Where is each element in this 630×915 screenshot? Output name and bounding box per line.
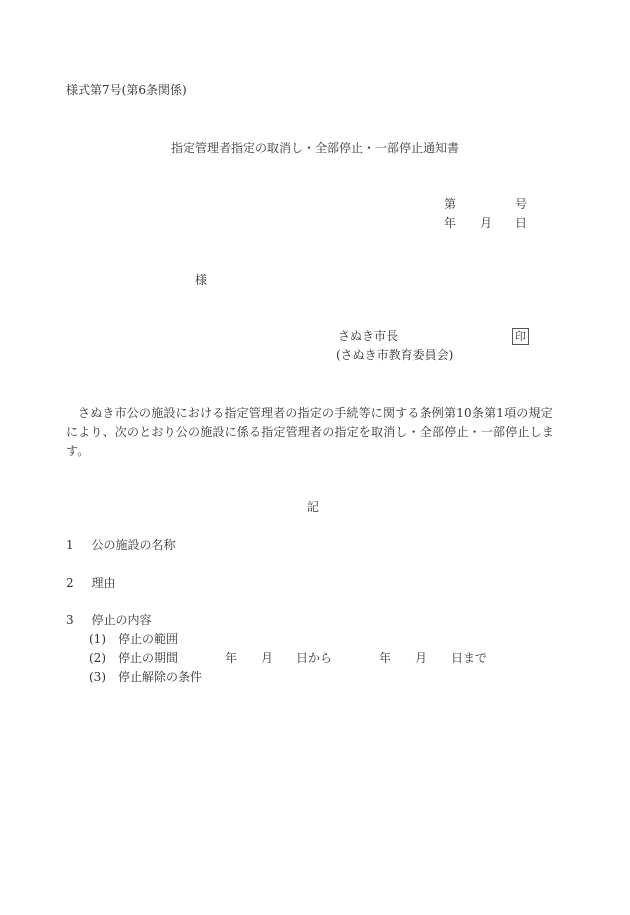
ref-month: 月 xyxy=(480,217,492,229)
body-text: さぬき市公の施設における指定管理者の指定の手続等に関する条例第10条第1項の規定… xyxy=(66,406,554,458)
period-from-day: 日から xyxy=(296,652,332,664)
sender-alternate: (さぬき市教育委員会) xyxy=(336,349,453,361)
ki-heading: 記 xyxy=(307,501,319,513)
subitem-label: 停止の期間 xyxy=(118,652,178,664)
item-1: 1 公の施設の名称 xyxy=(66,539,175,551)
addressee-suffix: 様 xyxy=(195,274,207,286)
form-number: 様式第7号(第6条関係) xyxy=(66,84,187,96)
period-from-month: 月 xyxy=(261,652,273,664)
ref-number-suffix: 号 xyxy=(515,198,527,210)
sender-name: さぬき市長 xyxy=(338,330,398,342)
subitem-3: (3) 停止解除の条件 xyxy=(89,671,106,683)
subitem-number: (2) xyxy=(89,651,106,665)
subitem-number: (3) xyxy=(89,670,106,684)
document-title: 指定管理者指定の取消し・全部停止・一部停止通知書 xyxy=(171,142,459,154)
seal-icon: 印 xyxy=(512,328,529,345)
item-number: 1 xyxy=(66,538,74,552)
ref-day: 日 xyxy=(515,217,527,229)
subitem-2: (2) 停止の期間 年 月 日から 年 月 日まで xyxy=(89,652,509,664)
subitem-1: (1) 停止の範囲 xyxy=(89,633,106,645)
item-2: 2 理由 xyxy=(66,577,115,589)
ref-year: 年 xyxy=(444,217,456,229)
item-number: 3 xyxy=(66,613,74,627)
item-label: 理由 xyxy=(91,576,115,590)
item-3: 3 停止の内容 xyxy=(66,614,151,626)
subitem-label: 停止の範囲 xyxy=(118,633,178,645)
period-from-year: 年 xyxy=(225,652,237,664)
subitem-number: (1) xyxy=(89,632,106,646)
subitem-label: 停止解除の条件 xyxy=(118,671,202,683)
ref-number-prefix: 第 xyxy=(444,198,456,210)
item-label: 停止の内容 xyxy=(91,613,151,627)
body-paragraph: さぬき市公の施設における指定管理者の指定の手続等に関する条例第10条第1項の規定… xyxy=(66,404,562,461)
item-number: 2 xyxy=(66,576,74,590)
period-to-year: 年 xyxy=(379,652,391,664)
period-to-day: 日まで xyxy=(451,652,487,664)
period-to-month: 月 xyxy=(415,652,427,664)
item-label: 公の施設の名称 xyxy=(91,538,175,552)
